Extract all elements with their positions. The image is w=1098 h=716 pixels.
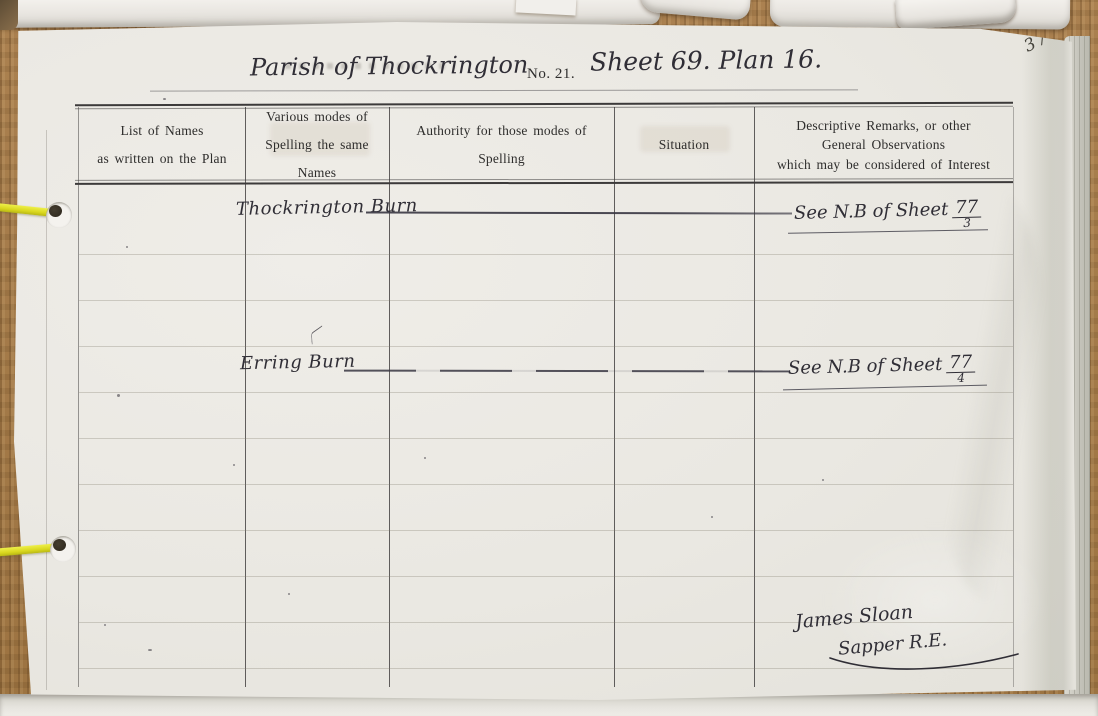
entry-name-handwritten: Thockrington Burn — [236, 195, 418, 220]
remark-text: See N.B of Sheet — [788, 354, 943, 379]
dark-corner-shadow — [0, 0, 18, 30]
scanned-name-book-page: 37 Parish of Thockrington No. 21. Sheet … — [0, 0, 1098, 716]
ink-speck — [822, 479, 824, 481]
signature-flourish — [828, 650, 1023, 678]
column-divider — [1013, 107, 1014, 687]
entry-remark-handwritten: See N.B of Sheet774 — [788, 350, 976, 384]
ink-speck — [288, 593, 290, 595]
fraction-plan-number: 3 — [963, 218, 971, 229]
heading-sheet-plan-handwritten: Sheet 69. Plan 16. — [590, 44, 822, 76]
document-page: 37 Parish of Thockrington No. 21. Sheet … — [14, 20, 1076, 700]
header-line: Situation — [659, 131, 710, 159]
heading-parish-handwritten: Parish of Thockrington — [250, 51, 529, 82]
header-bottom-rule — [75, 181, 1013, 185]
column-header-authority: Authority for those modes of Spelling — [389, 110, 614, 180]
header-line: Spelling — [478, 145, 525, 173]
sheet-fraction: 773 — [952, 200, 982, 230]
header-line: General Observations — [822, 135, 945, 155]
heading-underline — [150, 89, 858, 91]
table-top-rule-thin — [75, 106, 1013, 109]
header-line: Various modes of — [266, 103, 368, 131]
sheet-fraction: 774 — [946, 355, 976, 385]
fraction-plan-number: 4 — [957, 373, 965, 384]
column-header-list-of-names: List of Names as written on the Plan — [79, 110, 245, 180]
entry-name-handwritten: Erring Burn — [240, 351, 356, 374]
header-line: List of Names — [120, 117, 203, 145]
ink-speck — [163, 98, 166, 100]
punch-hole — [46, 202, 72, 228]
ink-speck — [117, 394, 120, 397]
header-line: which may be considered of Interest — [777, 155, 990, 175]
ink-speck — [424, 457, 426, 459]
header-line: Descriptive Remarks, or other — [796, 116, 971, 136]
ink-speck — [104, 624, 106, 626]
column-header-descriptive-remarks: Descriptive Remarks, or other General Ob… — [754, 110, 1013, 180]
header-line: as written on the Plan — [97, 145, 226, 173]
header-line: Authority for those modes of — [416, 117, 586, 145]
remark-text: See N.B of Sheet — [794, 199, 949, 224]
header-line: Spelling the same Names — [245, 131, 389, 187]
column-header-situation: Situation — [614, 110, 754, 180]
ink-speck — [148, 649, 152, 651]
page-content: 37 Parish of Thockrington No. 21. Sheet … — [0, 0, 1098, 716]
column-header-spelling-modes: Various modes of Spelling the same Names — [245, 110, 389, 180]
heading-number-printed: No. 21. — [527, 66, 575, 83]
punch-hole — [50, 536, 76, 562]
ink-speck — [233, 464, 235, 466]
ink-speck — [711, 516, 713, 518]
ink-speck — [126, 246, 128, 248]
entry-remark-handwritten: See N.B of Sheet773 — [794, 195, 982, 229]
